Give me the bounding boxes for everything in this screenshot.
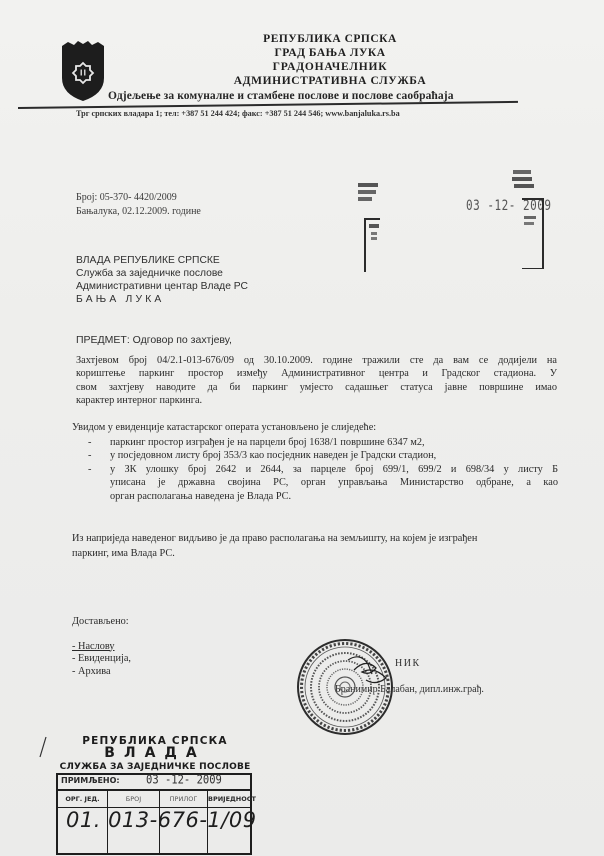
- findings-text: уписана је државна својина РС, орган упр…: [110, 476, 558, 489]
- signatory-title: НИК: [395, 658, 421, 669]
- received-row: ПРИМЉЕНО: 03 -12- 2009: [58, 775, 250, 791]
- addressee-center: Административни центар Владе РС: [76, 281, 248, 292]
- delivered-list: Достављено: - Наслову - Евиденција, - Ар…: [72, 616, 131, 678]
- addressee-city: БАЊА ЛУКА: [76, 294, 165, 305]
- column-header: ОРГ. ЈЕД.: [58, 791, 107, 808]
- stamp-smudge: [36, 735, 50, 769]
- findings-text: у ЗК улошку број 2642 и 2644, за парцеле…: [110, 463, 558, 476]
- addressee-government: ВЛАДА РЕПУБЛИКЕ СРПСКЕ: [76, 255, 220, 266]
- letterhead-divider: [18, 101, 518, 109]
- column-header: ПРИЛОГ: [160, 791, 207, 808]
- reception-stamp-table: ПРИМЉЕНО: 03 -12- 2009 ОРГ. ЈЕД. БРОЈ ПР…: [56, 773, 252, 855]
- conclusion-line: паркинг, има Влада РС.: [72, 546, 554, 561]
- findings-text: у посједовном листу број 353/3 као посје…: [110, 449, 558, 462]
- addressee-service: Служба за заједничке послове: [76, 268, 223, 279]
- findings-list: - паркинг простор изграђен је на парцели…: [88, 436, 558, 503]
- paragraph-line: Захтјевом број 04/2.1-013-676/09 од 30.1…: [76, 354, 557, 367]
- request-paragraph: Захтјевом број 04/2.1-013-676/09 од 30.1…: [76, 354, 557, 408]
- column-header: ВРИЈЕДНОСТ: [208, 791, 250, 808]
- paragraph-line: кориштење паркинг простор између Админис…: [76, 367, 557, 380]
- stamp-bracket-right: [522, 198, 544, 269]
- findings-text: орган располагања наведена је Влада РС.: [110, 490, 558, 503]
- findings-intro: Увидом у евиденције катастарског операта…: [72, 422, 376, 433]
- round-seal-icon: [296, 638, 394, 736]
- reception-stamp-service: СЛУЖБА ЗА ЗАЈЕДНИЧКЕ ПОСЛОВЕ: [50, 762, 260, 772]
- findings-text: паркинг простор изграђен је на парцели б…: [110, 436, 558, 449]
- letterhead-mayor: ГРАДОНАЧЕЛНИК: [120, 61, 540, 73]
- handwritten-registration-number: 01. 013-676-1/09: [66, 808, 257, 832]
- paragraph-line: карактер интерног паркинга.: [76, 394, 557, 407]
- conclusion-line: Из наприједа наведеног видљиво је да пра…: [72, 531, 554, 546]
- letterhead-republic: РЕПУБЛИКА СРПСКА: [120, 33, 540, 45]
- reception-stamp-government: ВЛАДА: [50, 745, 260, 761]
- findings-item: - у посједовном листу број 353/3 као пос…: [88, 449, 558, 462]
- letterhead-city: ГРАД БАЊА ЛУКА: [120, 47, 540, 59]
- conclusion-paragraph: Из наприједа наведеног видљиво је да пра…: [72, 531, 554, 561]
- delivered-title: Достављено:: [72, 616, 131, 629]
- paragraph-line: свом захтјеву наводите да би паркинг умј…: [76, 381, 557, 394]
- bullet-dash: -: [88, 463, 91, 476]
- received-date: 03 -12- 2009: [146, 773, 222, 787]
- findings-item: - у ЗК улошку број 2642 и 2644, за парце…: [88, 463, 558, 503]
- delivered-item: - Наслову: [72, 641, 131, 654]
- document-page: РЕПУБЛИКА СРПСКА ГРАД БАЊА ЛУКА ГРАДОНАЧ…: [0, 0, 604, 856]
- bullet-dash: -: [88, 449, 91, 462]
- stamp-fragment-right: [510, 170, 534, 188]
- stamp-fragment-left: [358, 183, 382, 201]
- letterhead-service: АДМИНИСТРАТИВНА СЛУЖБА: [120, 75, 540, 87]
- reference-place-date: Бањалука, 02.12.2009. године: [76, 206, 201, 217]
- findings-item: - паркинг простор изграђен је на парцели…: [88, 436, 558, 449]
- delivered-item: - Евиденција,: [72, 653, 131, 666]
- received-label: ПРИМЉЕНО:: [61, 776, 120, 785]
- column-header: БРОЈ: [108, 791, 159, 808]
- delivered-item: - Архива: [72, 666, 131, 679]
- bullet-dash: -: [88, 436, 91, 449]
- letterhead-address: Трг српских владара 1; тел: +387 51 244 …: [76, 109, 576, 118]
- subject-line: ПРЕДМЕТ: Одговор по захтјеву,: [76, 334, 232, 346]
- reference-number: Број: 05-370- 4420/2009: [76, 192, 177, 203]
- stamp-bracket-left: [364, 218, 380, 272]
- coat-of-arms-icon: [60, 40, 106, 102]
